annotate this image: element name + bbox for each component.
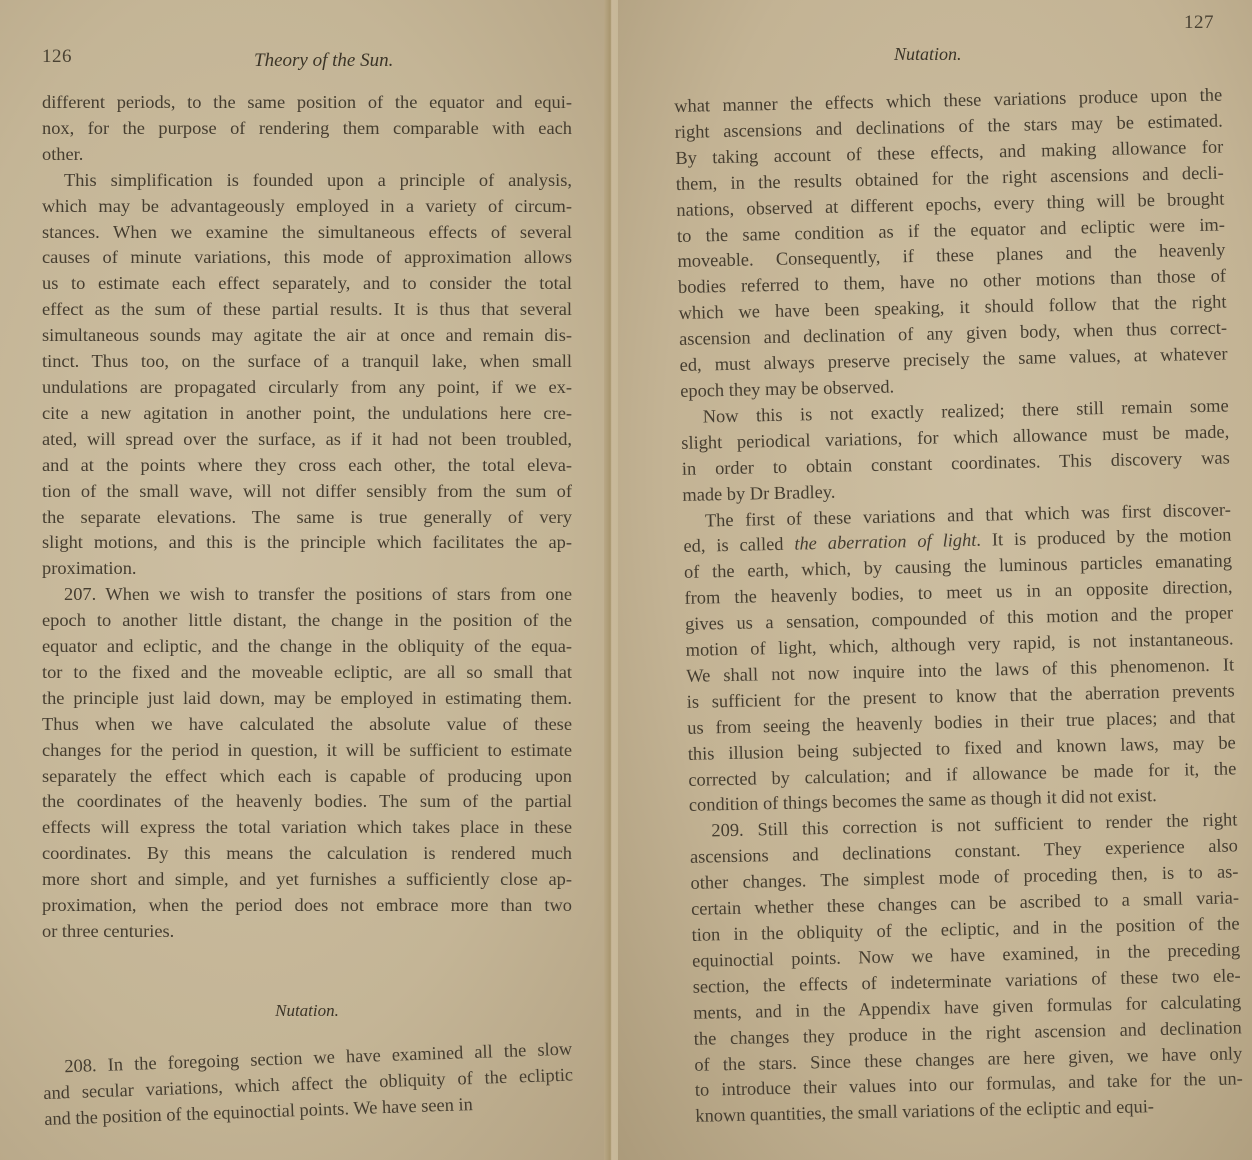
right-page-number: 127 [1184,12,1214,34]
left-running-title: Theory of the Sun. [254,50,393,72]
section-heading-nutation: Nutation. [42,1001,572,1021]
text-line: stances. When we examine the simultaneou… [42,220,572,246]
text-line: causes of minute variations, this mode o… [42,245,572,271]
right-page: 127 Nutation. what manner the effects wh… [612,0,1252,1160]
right-body-text: what manner the effects which these vari… [674,83,1244,1130]
text-line: ated, will spread over the surface, as i… [42,427,572,453]
paragraph-207: 207. When we wish to transfer the positi… [42,582,572,945]
text-line: separately the effect which each is capa… [42,764,572,790]
text-line: proximation, when the period does not em… [42,893,572,919]
paragraph-aberration: The first of these variations and that w… [683,497,1237,819]
text-line: and at the points where they cross each … [42,453,572,479]
text-line: equator and ecliptic, and the change in … [42,634,572,660]
text-line: or three centuries. [42,919,572,945]
text-line: the principle just laid down, may be emp… [42,686,572,712]
left-page: 126 Theory of the Sun. different periods… [0,0,612,1160]
text-line: Thus when we have calculated the absolut… [42,712,572,738]
text-line: 207. When we wish to transfer the positi… [42,582,572,608]
text-line: This simplification is founded upon a pr… [42,168,572,194]
text-line: other. [42,142,572,168]
paragraph-not-realized: Now this is not exactly realized; there … [681,393,1231,508]
right-running-head: 127 Nutation. [674,8,1222,42]
text-line: which may be advantageously employed in … [42,194,572,220]
text-line: effects will express the total variation… [42,815,572,841]
text-line: the separate elevations. The same is tru… [42,505,572,531]
left-body-text: different periods, to the same position … [42,90,572,945]
text-line: proximation. [42,556,572,582]
text-line: tor to the fixed and the moveable eclipt… [42,660,572,686]
text-line: nox, for the purpose of rendering them c… [42,116,572,142]
paragraph-continued: different periods, to the same position … [42,90,572,168]
text-line: cite a new agitation in another point, t… [42,401,572,427]
text-line: us to estimate each effect separately, a… [42,271,572,297]
text-line: simultaneous sounds may agitate the air … [42,323,572,349]
text-line: epoch to another little distant, the cha… [42,608,572,634]
paragraph-208-cont: what manner the effects which these vari… [674,83,1228,405]
left-page-number: 126 [42,46,72,68]
text-line: undulations are propagated circularly fr… [42,375,572,401]
text-line: changes for the period in question, it w… [42,738,572,764]
text-line: the coordinates of the heavenly bodies. … [42,789,572,815]
text-line: tinct. Thus too, on the surface of a tra… [42,349,572,375]
text-line: tion of the small wave, will not differ … [42,479,572,505]
paragraph-208: 208. In the foregoing section we have ex… [42,1036,574,1132]
right-running-title: Nutation. [894,44,962,65]
book-gutter [604,0,618,1160]
text-line: more short and simple, and yet furnishes… [42,867,572,893]
text-line: slight motions, and this is the principl… [42,530,572,556]
paragraph-simplification: This simplification is founded upon a pr… [42,168,572,583]
text-line: coordinates. By this means the calculati… [42,841,572,867]
paragraph-208: 208. In the foregoing section we have ex… [42,1036,574,1132]
left-running-head: 126 Theory of the Sun. [42,46,572,80]
text-line: different periods, to the same position … [42,90,572,116]
text-line: effect as the sum of these partial resul… [42,297,572,323]
book-spread: 126 Theory of the Sun. different periods… [0,0,1252,1160]
paragraph-209: 209. Still this correction is not suffic… [689,808,1243,1130]
italic-phrase: the aberration of light [794,530,976,554]
